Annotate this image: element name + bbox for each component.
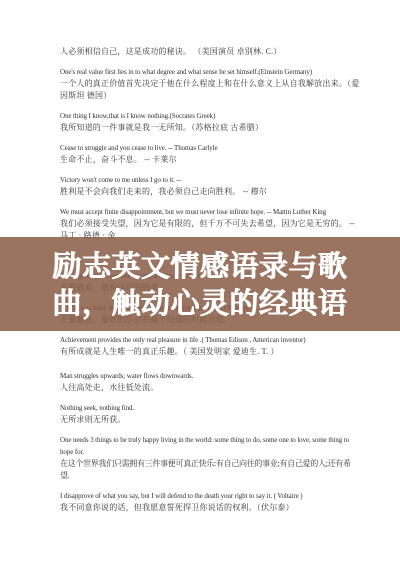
quote-text-zh: 我不同意你说的话，但我愿意誓死捍卫你说话的权利。（伏尔泰）: [60, 502, 360, 514]
quote-block: Nothing seek, nothing find. 无所求则无所获。: [60, 402, 360, 426]
quote-text-en: One needs 3 things to be truly happy liv…: [60, 434, 360, 458]
quote-text-en: Man struggles upwards; water flows downw…: [60, 370, 360, 382]
quote-block: One thing I know,that is I know nothing.…: [60, 110, 360, 134]
quote-text-en: One's real value first lies in to what d…: [60, 66, 360, 78]
banner-title-line2: 曲，触动心灵的经典语: [0, 285, 400, 322]
quote-block: Cease to struggle and you cease to live.…: [60, 142, 360, 166]
quote-text-en: Achievement provides the only real pleas…: [60, 334, 360, 346]
quote-text-zh: 胜利是不会向我们走来的，我必须自己走向胜利。 -- 穆尔: [60, 186, 360, 198]
quote-text-en: I disapprove of what you say, but I will…: [60, 490, 360, 502]
quote-text-zh: 人往高处走，水往低处流。: [60, 382, 360, 394]
quote-text-en: Cease to struggle and you cease to live.…: [60, 142, 360, 154]
quote-text-en: Victory won't come to me unless I go to …: [60, 174, 360, 186]
quote-block: One needs 3 things to be truly happy liv…: [60, 434, 360, 482]
quote-block: I disapprove of what you say, but I will…: [60, 490, 360, 514]
quote-text-zh: 有所成就是人生唯一的真正乐趣。（ 美国发明家 爱迪生. T. ）: [60, 346, 360, 358]
quote-block: One's real value first lies in to what d…: [60, 66, 360, 102]
quote-block: Achievement provides the only real pleas…: [60, 334, 360, 358]
quote-text-zh: 人必须相信自己，这是成功的秘诀。 （美国演员 卓别林. C.）: [60, 46, 360, 58]
quote-text-zh: 生命不止，奋斗不息。 -- 卡莱尔: [60, 154, 360, 166]
quote-text-en: We must accept finite disappointment, bu…: [60, 206, 360, 218]
banner-title-line1: 励志英文情感语录与歌: [0, 248, 400, 285]
quote-text-zh: 在这个世界我们只需拥有三件事便可真正快乐:有自己向往的事业;有自己爱的人;还有希…: [60, 458, 360, 482]
quote-block: Victory won't come to me unless I go to …: [60, 174, 360, 198]
quote-block: 人必须相信自己，这是成功的秘诀。 （美国演员 卓别林. C.）: [60, 46, 360, 58]
document-page: 人必须相信自己，这是成功的秘诀。 （美国演员 卓别林. C.） One's re…: [0, 0, 400, 566]
title-banner: 励志英文情感语录与歌 曲，触动心灵的经典语: [0, 237, 400, 331]
quote-text-en: Nothing seek, nothing find.: [60, 402, 360, 414]
quote-block: Man struggles upwards; water flows downw…: [60, 370, 360, 394]
quote-text-zh: 无所求则无所获。: [60, 414, 360, 426]
quote-text-zh: 我所知道的一件事就是我一无所知。（苏格拉底 古希腊）: [60, 122, 360, 134]
quote-text-zh: 一个人的真正价值首先决定于他在什么程度上和在什么意义上从自我解放出来。（爱因斯坦…: [60, 78, 360, 102]
quote-text-en: One thing I know,that is I know nothing.…: [60, 110, 360, 122]
banner-title: 励志英文情感语录与歌 曲，触动心灵的经典语: [0, 248, 400, 322]
